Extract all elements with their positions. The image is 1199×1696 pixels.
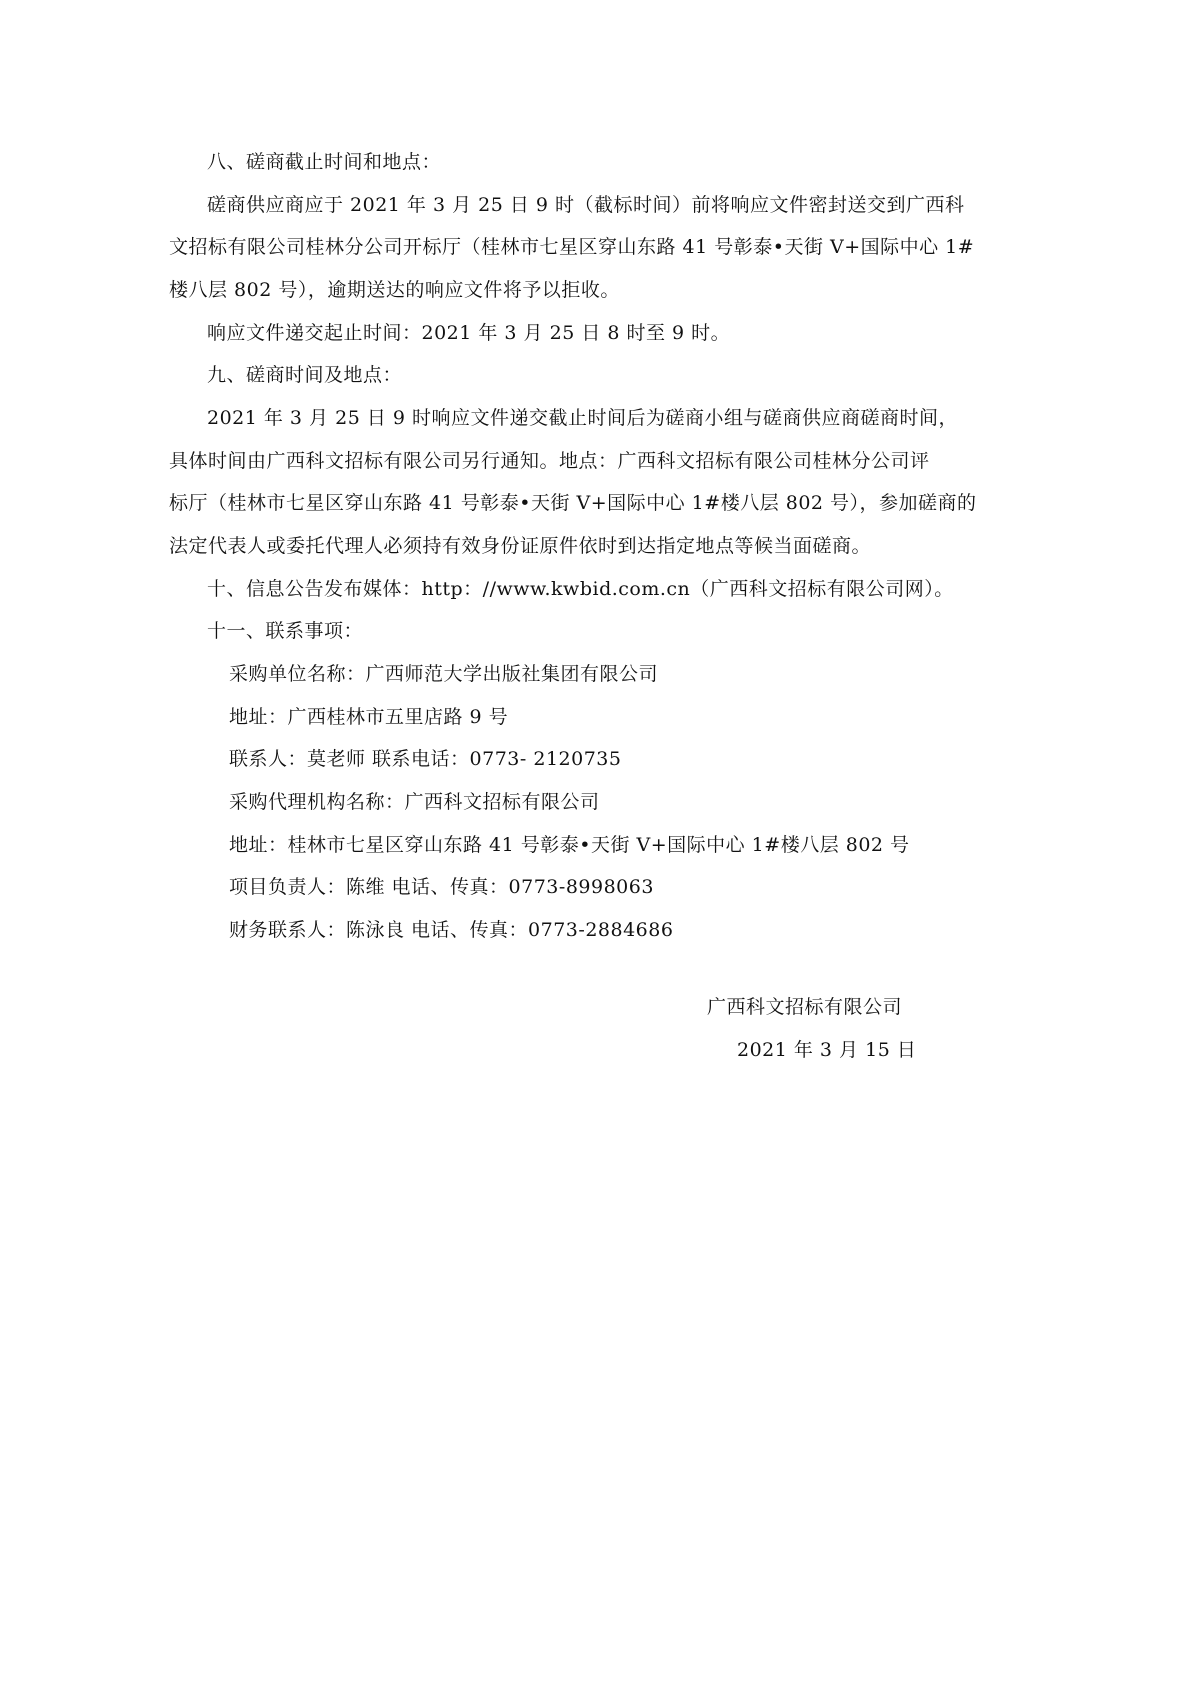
- signature-company: 广西科文招标有限公司: [707, 994, 902, 1020]
- section-8-extra: 响应文件递交起止时间：2021 年 3 月 25 日 8 时至 9 时。: [207, 320, 730, 346]
- section-9-line: 法定代表人或委托代理人必须持有效身份证原件依时到达指定地点等候当面磋商。: [169, 533, 871, 559]
- contact-project-lead: 项目负责人：陈维 电话、传真：0773-8998063: [229, 874, 654, 900]
- section-8-line: 楼八层 802 号），逾期送达的响应文件将予以拒收。: [169, 277, 620, 303]
- section-8-heading: 八、磋商截止时间和地点：: [207, 149, 441, 175]
- section-11-heading: 十一、联系事项：: [207, 618, 363, 644]
- contact-finance: 财务联系人：陈泳良 电话、传真：0773-2884686: [229, 917, 673, 943]
- document-page: 八、磋商截止时间和地点： 磋商供应商应于 2021 年 3 月 25 日 9 时…: [0, 0, 1199, 1696]
- contact-purchaser-name: 采购单位名称：广西师范大学出版社集团有限公司: [229, 661, 658, 687]
- contact-agency-address: 地址：桂林市七星区穿山东路 41 号彰泰•天街 V+国际中心 1#楼八层 802…: [229, 832, 910, 858]
- contact-agency-name: 采购代理机构名称：广西科文招标有限公司: [229, 789, 600, 815]
- section-8-line: 磋商供应商应于 2021 年 3 月 25 日 9 时（截标时间）前将响应文件密…: [207, 192, 965, 218]
- section-9-line: 标厅（桂林市七星区穿山东路 41 号彰泰•天街 V+国际中心 1#楼八层 802…: [169, 490, 977, 516]
- section-9-heading: 九、磋商时间及地点：: [207, 362, 402, 388]
- section-9-line: 具体时间由广西科文招标有限公司另行通知。地点：广西科文招标有限公司桂林分公司评: [169, 448, 930, 474]
- signature-date: 2021 年 3 月 15 日: [737, 1037, 916, 1063]
- section-8-line: 文招标有限公司桂林分公司开标厅（桂林市七星区穿山东路 41 号彰泰•天街 V+国…: [169, 234, 974, 260]
- contact-purchaser-person: 联系人：莫老师 联系电话：0773- 2120735: [229, 746, 621, 772]
- section-10-media: 十、信息公告发布媒体：http：//www.kwbid.com.cn（广西科文招…: [207, 576, 954, 602]
- section-9-line: 2021 年 3 月 25 日 9 时响应文件递交截止时间后为磋商小组与磋商供应…: [207, 405, 958, 431]
- contact-purchaser-address: 地址：广西桂林市五里店路 9 号: [229, 704, 508, 730]
